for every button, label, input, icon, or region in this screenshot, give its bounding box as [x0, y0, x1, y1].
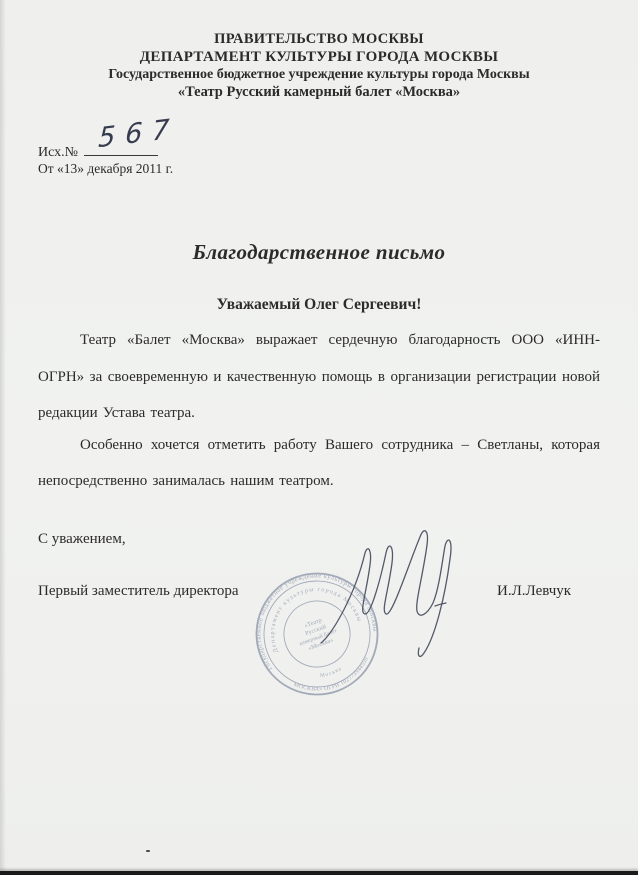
scan-speck [146, 850, 150, 852]
body-paragraph-1: Театр «Балет «Москва» выражает сердечную… [38, 322, 600, 432]
svg-text:Москва: Москва [319, 665, 344, 680]
closing-line: С уважением, [38, 531, 126, 548]
signature-main-stroke [321, 531, 451, 657]
letterhead-line-theatre: «Театр Русский камерный балет «Москва» [0, 84, 638, 102]
stamp-inner-ring-bottom-text: Москва [319, 665, 344, 680]
letterhead-line-institution: Государственное бюджетное учреждение кул… [0, 66, 638, 84]
signature-dash-stroke [435, 603, 446, 606]
outgoing-ref-label: Исх.№ [38, 145, 78, 160]
letterhead-line-department: ДЕПАРТАМЕНТ КУЛЬТУРЫ ГОРОДА МОСКВЫ [0, 49, 638, 67]
body-paragraph-2: Особенно хочется отметить работу Вашего … [38, 427, 600, 500]
scanned-letter-page: ПРАВИТЕЛЬСТВО МОСКВЫ ДЕПАРТАМЕНТ КУЛЬТУР… [0, 0, 638, 875]
scan-left-edge [0, 0, 6, 875]
letter-body: Театр «Балет «Москва» выражает сердечную… [38, 322, 600, 500]
handwritten-ref-number: 567 [97, 113, 180, 154]
scan-bottom-edge [0, 871, 638, 875]
letter-title: Благодарственное письмо [0, 240, 638, 265]
signer-name: И.Л.Левчук [497, 583, 571, 600]
handwritten-signature [315, 515, 465, 667]
salutation: Уважаемый Олег Сергеевич! [0, 296, 638, 314]
letterhead-line-government: ПРАВИТЕЛЬСТВО МОСКВЫ [0, 31, 638, 49]
signer-title: Первый заместитель директора [38, 583, 239, 600]
date-line: От «13» декабря 2011 г. [38, 161, 173, 177]
letterhead: ПРАВИТЕЛЬСТВО МОСКВЫ ДЕПАРТАМЕНТ КУЛЬТУР… [0, 31, 638, 101]
